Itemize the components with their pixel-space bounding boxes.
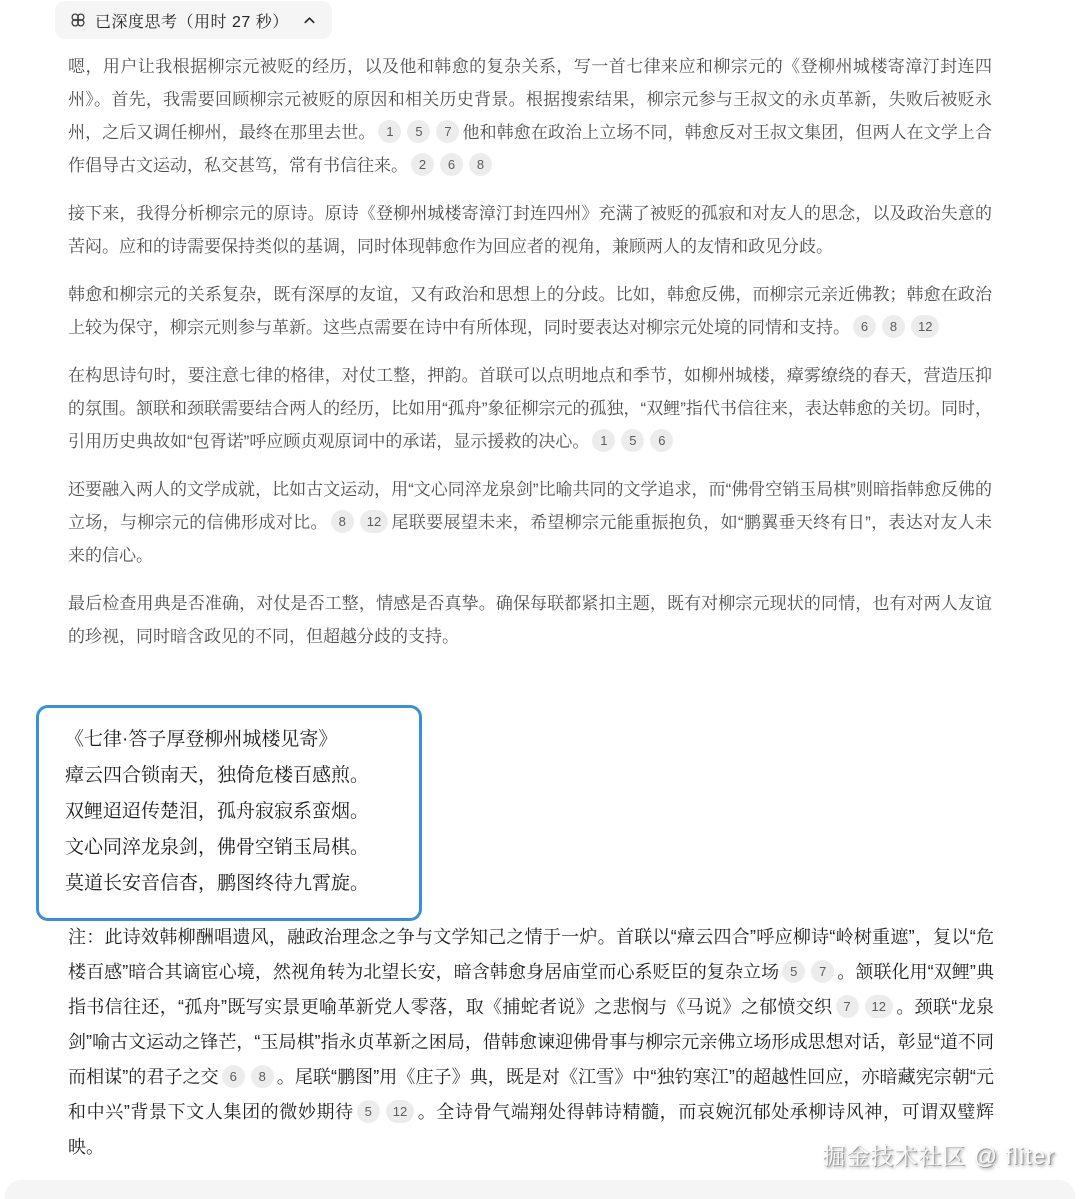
thinking-paragraph: 嗯，用户让我根据柳宗元被贬的经历，以及他和韩愈的复杂关系，写一首七律来应和柳宗元…	[68, 50, 992, 182]
poem-line: 瘴云四合锁南天，独倚危楼百感煎。	[65, 758, 393, 794]
citation-badge[interactable]: 12	[865, 995, 893, 1018]
citation-badge[interactable]: 6	[853, 315, 876, 338]
thinking-content: 嗯，用户让我根据柳宗元被贬的经历，以及他和韩愈的复杂关系，写一首七律来应和柳宗元…	[0, 50, 1080, 668]
citation-badge[interactable]: 8	[331, 510, 354, 533]
text-run: 接下来，我得分析柳宗元的原诗。原诗《登柳州城楼寄漳汀封连四州》充满了被贬的孤寂和…	[68, 204, 992, 256]
citation-badge[interactable]: 6	[222, 1065, 245, 1088]
thinking-paragraph: 在构思诗句时，要注意七律的格律，对仗工整，押韵。首联可以点明地点和季节，如柳州城…	[68, 359, 992, 458]
text-run: 最后检查用典是否准确，对仗是否工整，情感是否真挚。确保每联都紧扣主题，既有对柳宗…	[68, 594, 992, 646]
citation-badge[interactable]: 8	[251, 1065, 274, 1088]
citation-badge[interactable]: 12	[386, 1100, 414, 1123]
citation-badge[interactable]: 2	[411, 153, 434, 176]
citation-badge[interactable]: 6	[650, 429, 673, 452]
citation-badge[interactable]: 5	[357, 1100, 380, 1123]
citation-badge[interactable]: 7	[811, 960, 834, 983]
thinking-paragraph: 接下来，我得分析柳宗元的原诗。原诗《登柳州城楼寄漳汀封连四州》充满了被贬的孤寂和…	[68, 197, 992, 263]
deepthink-icon	[70, 12, 86, 28]
citation-badge[interactable]: 7	[436, 120, 459, 143]
thinking-paragraph: 韩愈和柳宗元的关系复杂，既有深厚的友谊，又有政治和思想上的分歧。比如，韩愈反佛，…	[68, 278, 992, 344]
answer-note: 注：此诗效韩柳酬唱遗风，融政治理念之争与文学知己之情于一炉。首联以“瘴云四合”呼…	[0, 920, 1080, 1165]
citation-badge[interactable]: 12	[360, 510, 388, 533]
poem-title: 《七律·答子厚登柳州城楼见寄》	[65, 722, 393, 758]
chevron-up-icon	[302, 13, 317, 28]
chat-response-page: 已深度思考（用时 27 秒） 嗯，用户让我根据柳宗元被贬的经历，以及他和韩愈的复…	[0, 0, 1080, 1199]
poem-line: 莫道长安音信杳，鹏图终待九霄旋。	[65, 866, 393, 902]
citation-badge[interactable]: 8	[882, 315, 905, 338]
watermark: 掘金技术社区 @ fliter	[822, 1138, 1055, 1171]
citation-badge[interactable]: 5	[621, 429, 644, 452]
text-run: 在构思诗句时，要注意七律的格律，对仗工整，押韵。首联可以点明地点和季节，如柳州城…	[68, 366, 992, 451]
next-card-edge	[5, 1180, 1075, 1199]
poem-line: 文心同淬龙泉剑，佛骨空销玉局棋。	[65, 830, 393, 866]
thinking-paragraph: 最后检查用典是否准确，对仗是否工整，情感是否真挚。确保每联都紧扣主题，既有对柳宗…	[68, 587, 992, 653]
deep-think-toggle[interactable]: 已深度思考（用时 27 秒）	[55, 1, 332, 39]
citation-badge[interactable]: 1	[378, 120, 401, 143]
poem-card: 《七律·答子厚登柳州城楼见寄》 瘴云四合锁南天，独倚危楼百感煎。 双鲤迢迢传楚泪…	[36, 705, 422, 921]
deep-think-label: 已深度思考（用时 27 秒）	[95, 9, 289, 32]
thinking-paragraph: 还要融入两人的文学成就，比如古文运动，用“文心同淬龙泉剑”比喻共同的文学追求，而…	[68, 473, 992, 572]
citation-badge[interactable]: 5	[782, 960, 805, 983]
note-paragraph: 注：此诗效韩柳酬唱遗风，融政治理念之争与文学知己之情于一炉。首联以“瘴云四合”呼…	[68, 920, 994, 1165]
citation-badge[interactable]: 5	[407, 120, 430, 143]
citation-badge[interactable]: 7	[836, 995, 859, 1018]
citation-badge[interactable]: 6	[440, 153, 463, 176]
citation-badge[interactable]: 12	[911, 315, 939, 338]
citation-badge[interactable]: 1	[592, 429, 615, 452]
citation-badge[interactable]: 8	[469, 153, 492, 176]
poem-line: 双鲤迢迢传楚泪，孤舟寂寂系蛮烟。	[65, 794, 393, 830]
